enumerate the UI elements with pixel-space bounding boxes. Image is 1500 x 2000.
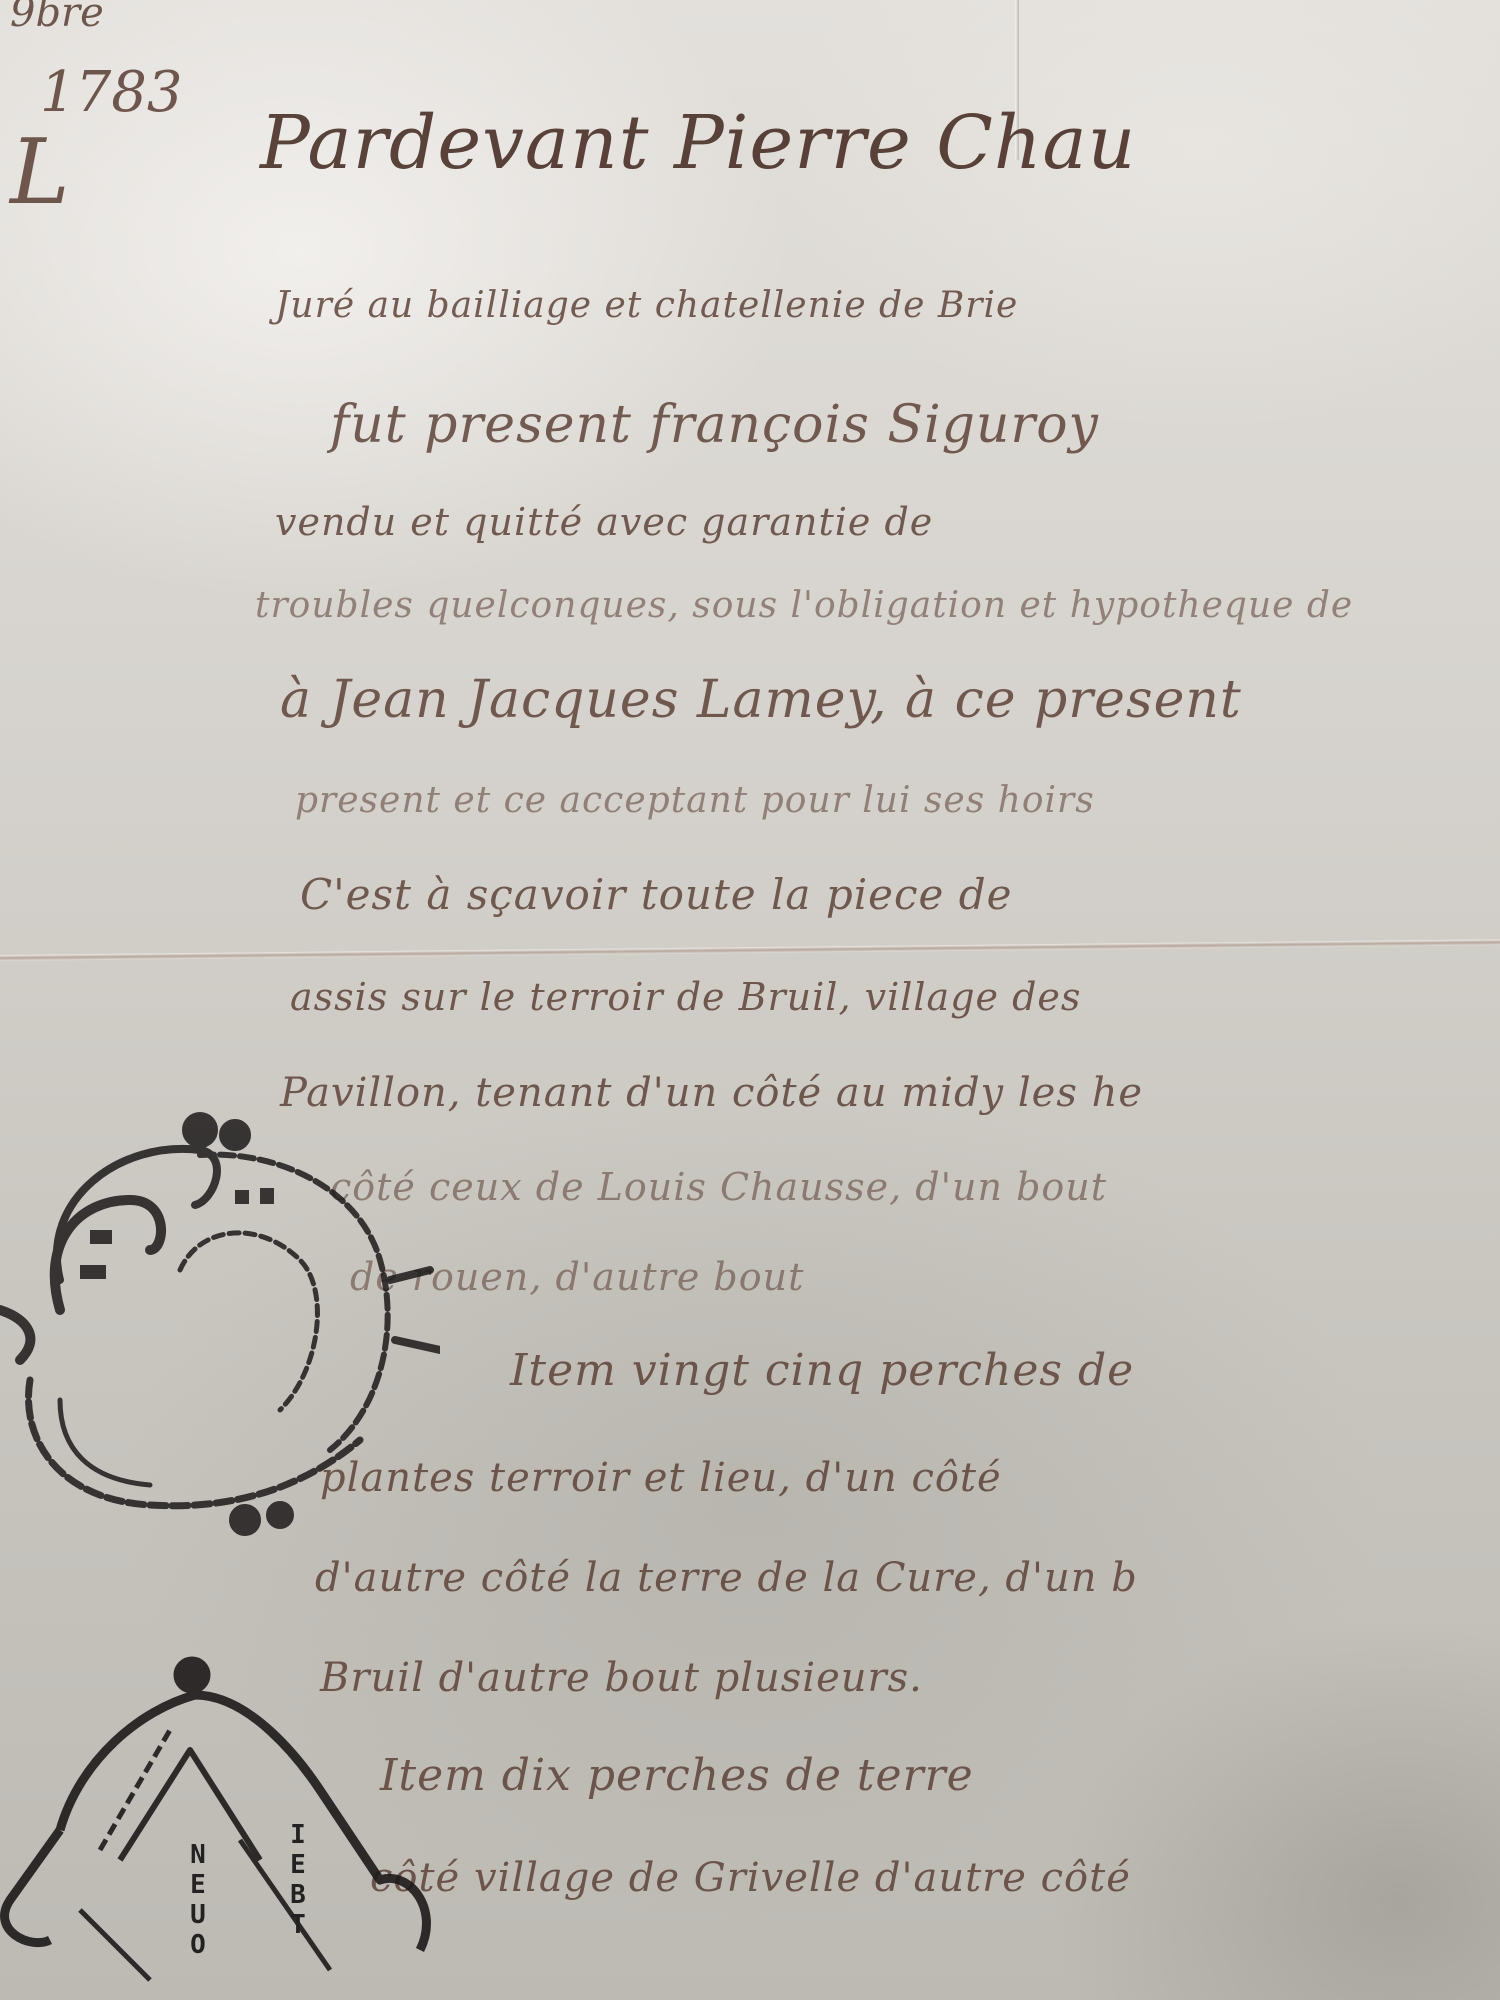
text-line: fut present françois Siguroy <box>330 395 1099 455</box>
text-line: à Jean Jacques Lamey, à ce present <box>280 670 1242 730</box>
text-line: d'autre côté la terre de la Cure, d'un b <box>315 1555 1138 1601</box>
text-line: vendu et quitté avec garantie de <box>275 500 933 544</box>
text-line: assis sur le terroir de Bruil, village d… <box>290 975 1081 1019</box>
text-line: present et ce acceptant pour lui ses hoi… <box>295 780 1095 821</box>
text-line: C'est à sçavoir toute la piece de <box>300 870 1012 919</box>
text-line: Juré au bailliage et chatellenie de Brie <box>275 285 1018 326</box>
margin-flourish: L <box>10 120 70 225</box>
margin-month: 9bre <box>10 0 104 36</box>
lower-seal-stamp: NEUO IEBT <box>0 1650 450 2000</box>
text-line: côté village de Grivelle d'autre côté <box>370 1855 1131 1901</box>
item-line: Item dix perches de terre <box>380 1750 974 1801</box>
text-line: côté ceux de Louis Chausse, d'un bout <box>330 1165 1107 1209</box>
item-line: Item vingt cinq perches de <box>510 1345 1134 1396</box>
margin-year: 1783 <box>40 60 183 125</box>
stamp-letters-right: IEBT <box>280 1820 310 1950</box>
text-line: troubles quelconques, sous l'obligation … <box>255 585 1353 626</box>
upper-seal-stamp <box>0 1110 440 1550</box>
stamp-letters-left: NEUO <box>180 1840 210 1970</box>
heading-line: Pardevant Pierre Chau <box>260 100 1136 186</box>
